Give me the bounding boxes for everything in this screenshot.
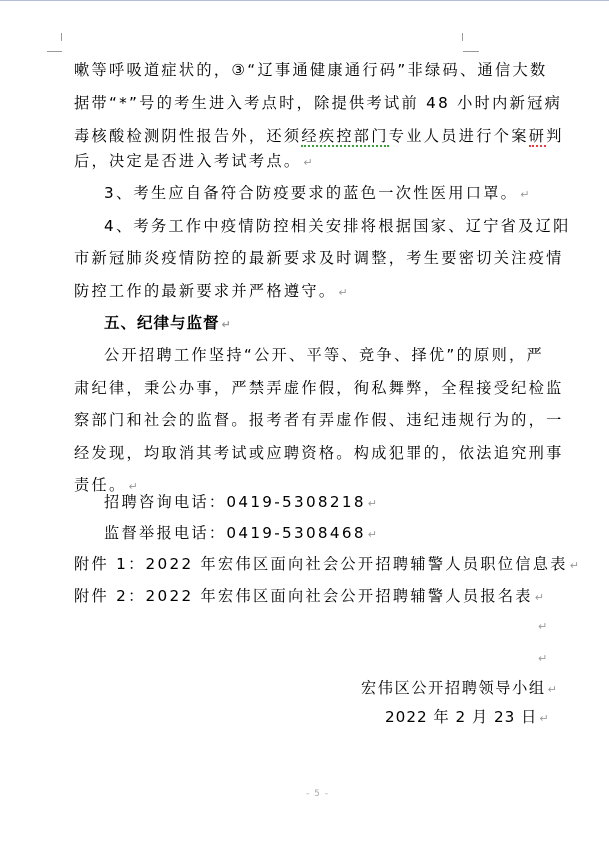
text-line-6: 4、考务工作中疫情防控相关安排将根据国家、辽宁省及辽阳 [104,216,571,236]
crop-mark-right-h [463,51,479,52]
line-text: 察部门和社会的监督。报考者有弄虚作假、违纪违规行为的，一 [74,411,564,429]
paragraph-mark-icon: ↵ [538,620,547,633]
text-line-11: 肃纪律，秉公办事，严禁弄虚作假，徇私舞弊，全程接受纪检监 [74,378,564,398]
text-line-13: 经发现，均取消其考试或应聘资格。构成犯罪的，依法追究刑事 [74,443,564,463]
crop-mark-left-v [61,33,62,41]
paragraph-mark-icon: ↵ [538,652,547,665]
text-line-7: 市新冠肺炎疫情防控的最新要求及时调整，考生要密切关注疫情 [74,248,564,268]
line-text: 专业人员进行个案 [389,127,529,145]
paragraph-mark-icon: ↵ [368,497,377,510]
line-text: 公开招聘工作坚持“公开、平等、竞争、择优”的原则，严 [104,346,544,364]
paragraph-mark-icon: ↵ [222,318,231,331]
line-text: 后，决定是否进入考试考点。 [74,152,301,170]
paragraph-mark-icon: ↵ [303,156,312,169]
date-text: 2022 年 2 月 23 日 [385,708,537,726]
text-line-2: 据带“*”号的考生进入考点时，除提供考试前 48 小时内新冠病 [74,93,562,113]
page-number: - 5 - [306,789,329,799]
attachment-2: 附件 2：2022 年宏伟区面向社会公开招聘辅警人员报名表↵ [74,586,544,608]
line-text: 监督举报电话：0419-5308468 [104,524,366,542]
crop-mark-right-v [462,33,463,41]
line-text: 防控工作的最新要求并严格遵守。 [74,282,336,300]
paragraph-mark-icon: ↵ [535,591,544,604]
text-line-10: 公开招聘工作坚持“公开、平等、竞争、择优”的原则，严 [104,345,544,365]
line-text: 3、考生应自备符合防疫要求的蓝色一次性医用口罩。 [104,184,518,202]
grammar-flagged-text[interactable]: 经疾控部门 [301,127,388,147]
line-text: 经发现，均取消其考试或应聘资格。构成犯罪的，依法追究刑事 [74,444,564,462]
signature-text: 宏伟区公开招聘领导小组 [361,679,546,697]
heading-text: 五、纪律与监督 [104,314,220,332]
text-line-4: 后，决定是否进入考试考点。↵ [74,151,313,173]
section-heading: 五、纪律与监督↵ [104,313,231,335]
line-text: 招聘咨询电话：0419-5308218 [104,493,366,511]
signature: 宏伟区公开招聘领导小组↵ [361,678,557,700]
crop-mark-left-h [47,51,62,52]
text-line-8: 防控工作的最新要求并严格遵守。↵ [74,281,348,303]
window-top-border [0,0,609,1]
recruitment-hotline: 招聘咨询电话：0419-5308218↵ [104,492,377,514]
line-text: 判 [546,127,564,145]
line-text: 附件 2：2022 年宏伟区面向社会公开招聘辅警人员报名表 [74,587,533,605]
paragraph-mark-icon: ↵ [548,683,557,696]
text-line-3: 毒核酸检测阴性报告外，还须经疾控部门专业人员进行个案研判 [74,126,564,146]
text-line-1: 嗽等呼吸道症状的，③“辽事通健康通行码”非绿码、通信大数 [74,60,547,80]
spelling-flagged-text[interactable]: 研 [529,127,547,147]
line-text: 毒核酸检测阴性报告外，还须 [74,127,301,145]
paragraph-mark-icon: ↵ [368,528,377,541]
line-text: 据带“*”号的考生进入考点时，除提供考试前 48 小时内新冠病 [74,94,562,112]
line-text: 4、考务工作中疫情防控相关安排将根据国家、辽宁省及辽阳 [104,217,571,235]
paragraph-mark-icon: ↵ [338,286,347,299]
line-text: 附件 1：2022 年宏伟区面向社会公开招聘辅警人员职位信息表 [74,555,568,573]
line-text: 嗽等呼吸道症状的，③“辽事通健康通行码”非绿码、通信大数 [74,61,547,79]
paragraph-mark-icon: ↵ [520,188,529,201]
supervision-hotline: 监督举报电话：0419-5308468↵ [104,523,377,545]
text-line-12: 察部门和社会的监督。报考者有弄虚作假、违纪违规行为的，一 [74,410,564,430]
date: 2022 年 2 月 23 日↵ [385,707,549,729]
paragraph-mark-icon: ↵ [539,712,548,725]
text-line-5: 3、考生应自备符合防疫要求的蓝色一次性医用口罩。↵ [104,183,529,205]
line-text: 市新冠肺炎疫情防控的最新要求及时调整，考生要密切关注疫情 [74,249,564,267]
line-text: 肃纪律，秉公办事，严禁弄虚作假，徇私舞弊，全程接受纪检监 [74,379,564,397]
paragraph-mark-icon: ↵ [570,559,579,572]
attachment-1: 附件 1：2022 年宏伟区面向社会公开招聘辅警人员职位信息表↵ [74,554,579,576]
